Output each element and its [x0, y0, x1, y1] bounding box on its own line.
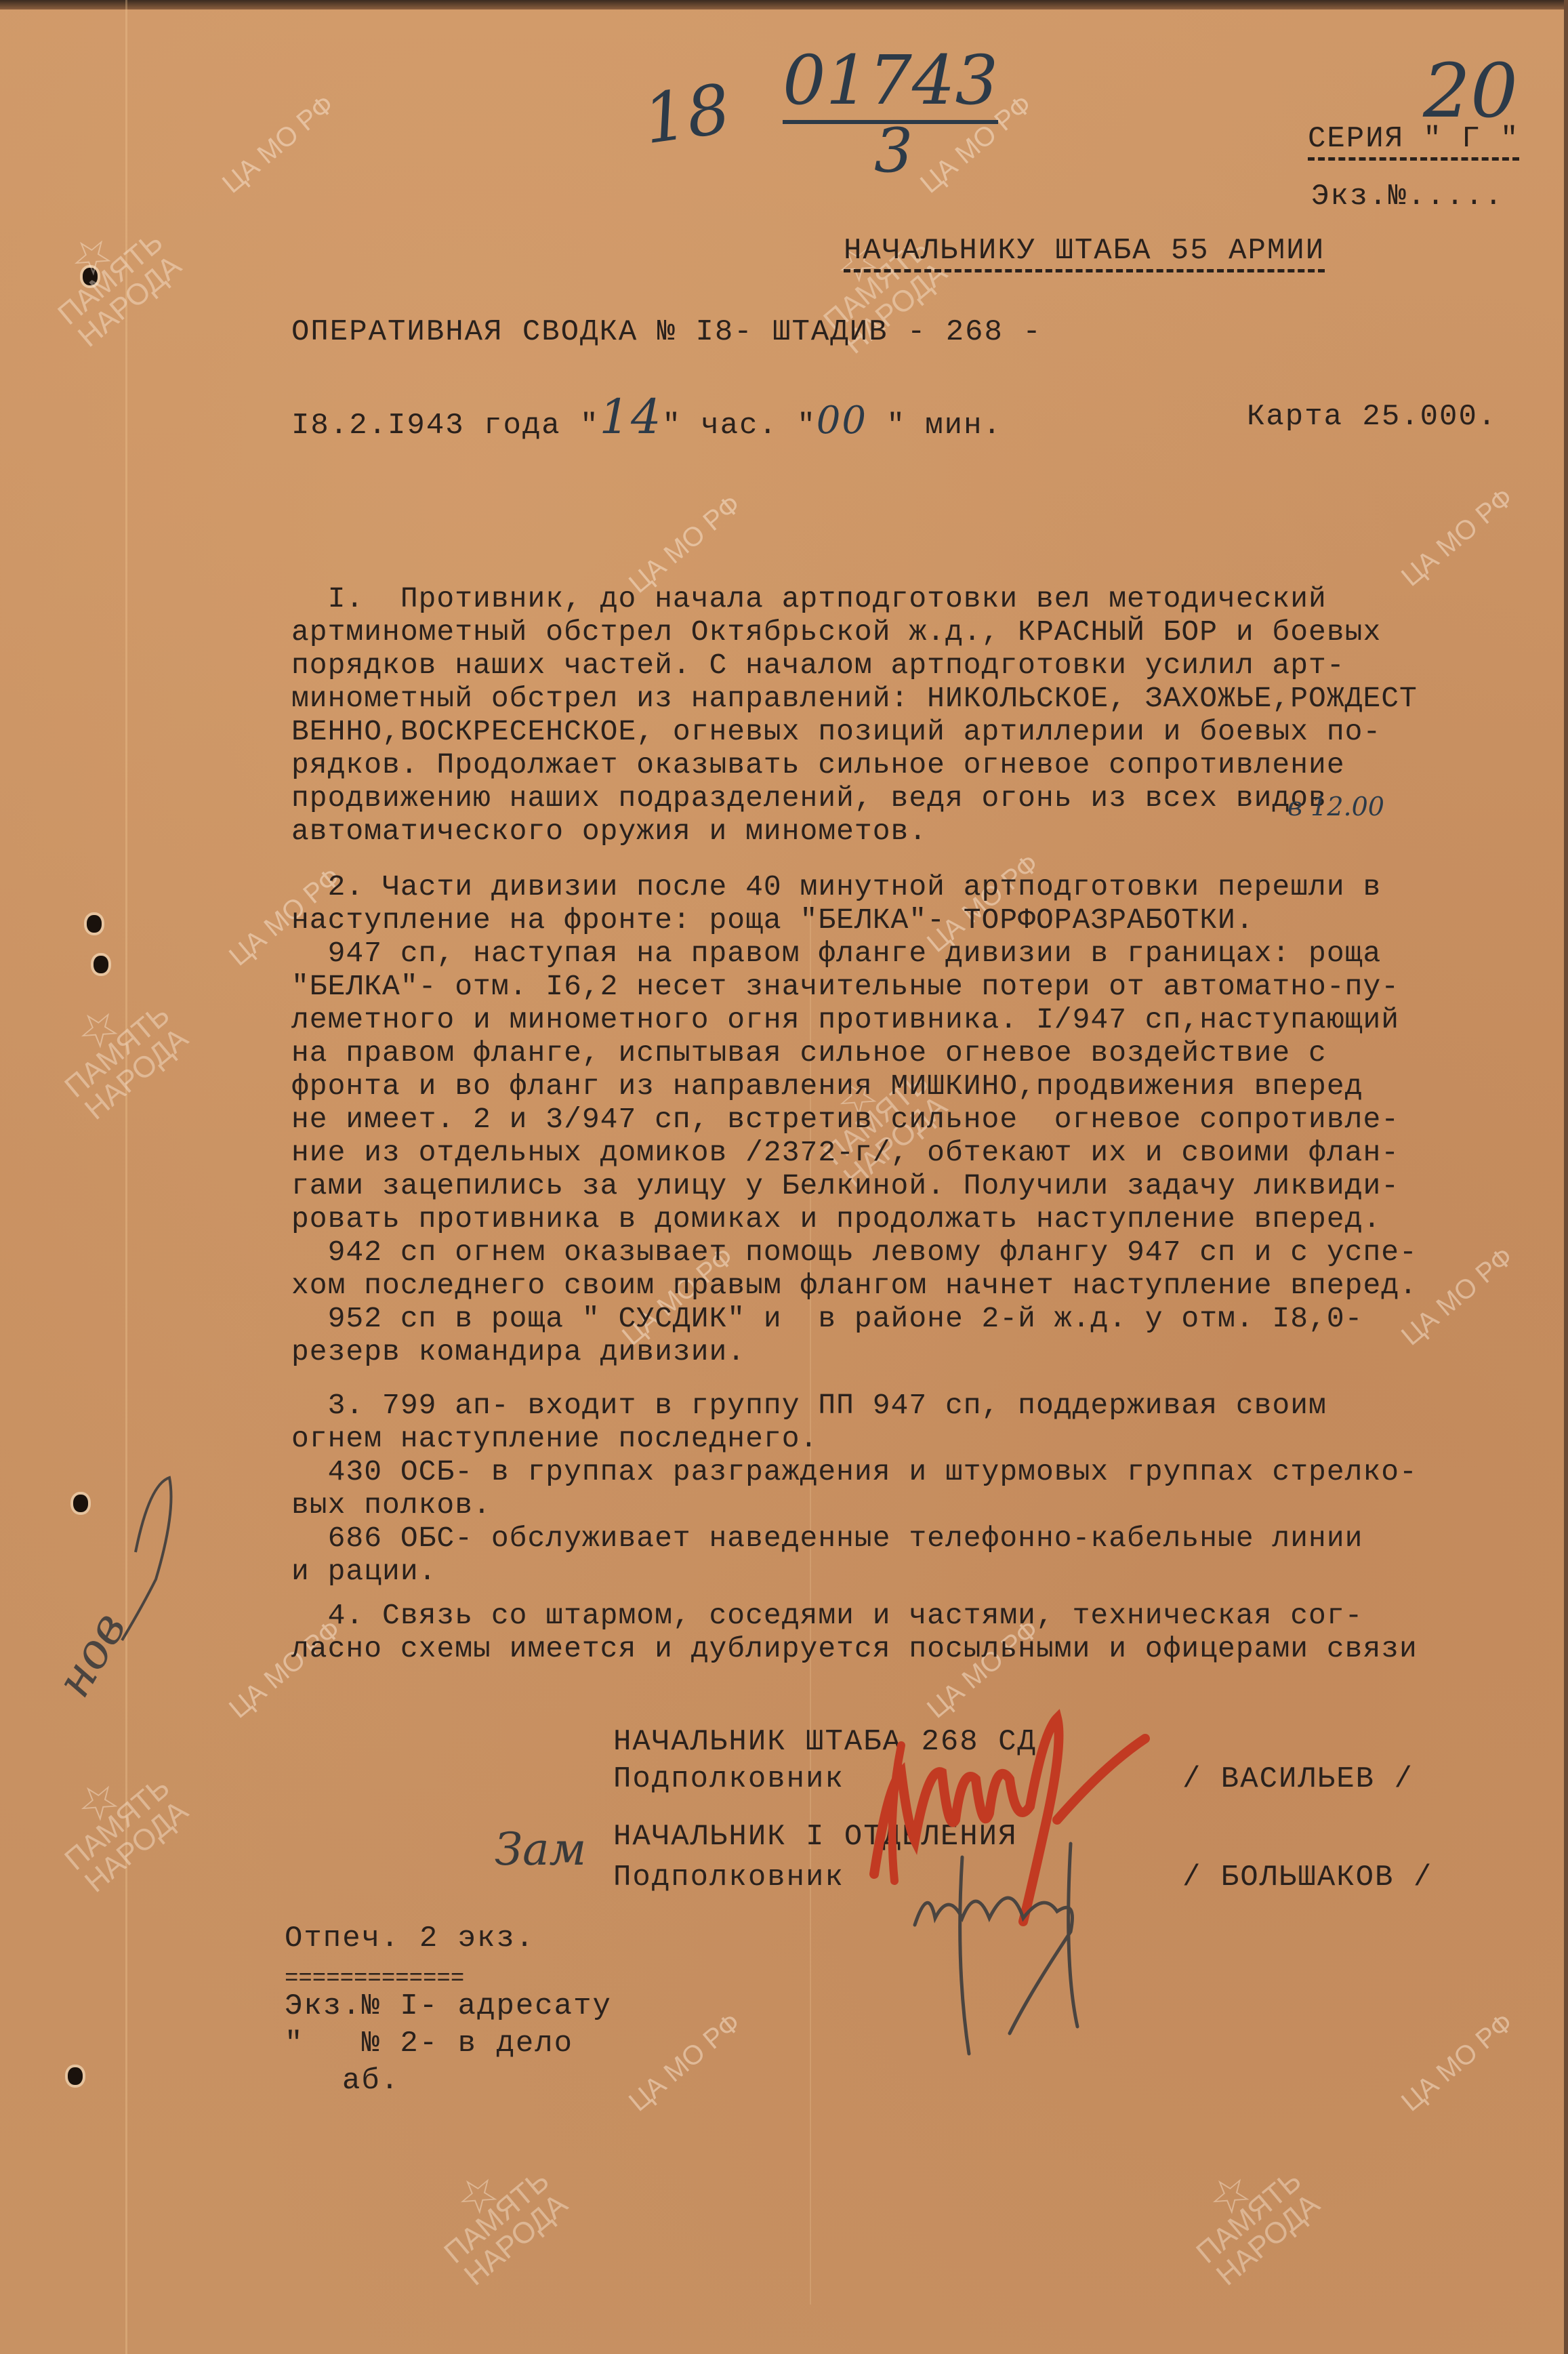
punch-hole	[73, 1495, 88, 1512]
punch-hole	[68, 2067, 83, 2085]
watermark-archive: ЦА МО РФ	[623, 2008, 747, 2118]
paragraph-2: 2. Части дивизии после 40 минутной артпо…	[291, 837, 1418, 1402]
copy-1-recipient: Экз.№ I- адресату	[285, 1989, 612, 2023]
document-title: ОПЕРАТИВНАЯ СВОДКА № I8- ШТАДИВ - 268 -	[291, 315, 1042, 349]
printed-copies: Отпеч. 2 экз.	[285, 1922, 535, 1955]
archive-number-top: 01743	[783, 41, 998, 124]
margin-note-time: в 12.00	[1287, 792, 1384, 821]
punch-hole	[94, 956, 108, 973]
archive-number-bottom: 3	[874, 115, 913, 186]
signatory-2-name: / БОЛЬШАКОВ /	[1182, 1861, 1432, 1894]
paper-fold	[125, 0, 127, 2354]
watermark-project: ☆ПАМЯТЬНАРОДА	[1172, 2143, 1326, 2292]
scan-top-edge	[0, 0, 1568, 9]
scan-right-edge	[1564, 0, 1568, 2354]
hour-handwritten: 14	[599, 389, 662, 445]
copy-2-recipient: " № 2- в дело	[285, 2027, 573, 2061]
watermark-archive: ЦА МО РФ	[1396, 2008, 1519, 2118]
watermark-archive: ЦА МО РФ	[217, 89, 340, 200]
watermark-project: ☆ПАМЯТЬНАРОДА	[34, 204, 188, 353]
paragraph-4: 4. Связь со штармом, соседями и частями,…	[291, 1566, 1418, 1699]
deputy-prefix: Зам	[495, 1823, 586, 1875]
typist-initials: аб.	[342, 2064, 400, 2098]
watermark-project: ☆ПАМЯТЬНАРОДА	[420, 2143, 574, 2292]
minute-handwritten: 00	[817, 399, 867, 443]
map-scale: Карта 25.000.	[1247, 400, 1497, 434]
addressee: НАЧАЛЬНИКУ ШТАБА 55 АРМИИ	[844, 234, 1325, 268]
signatory-2-rank: Подполковник	[613, 1861, 844, 1894]
copy-number: Экз.№.....	[1311, 180, 1504, 214]
archive-number-left: 18	[638, 69, 735, 160]
signatory-1-name: / ВАСИЛЬЕВ /	[1182, 1762, 1414, 1796]
punch-hole	[87, 915, 102, 933]
watermark-project: ☆ПАМЯТЬНАРОДА	[41, 1749, 194, 1899]
page-number: 20	[1423, 47, 1518, 134]
series-label: СЕРИЯ " Г "	[1308, 122, 1519, 156]
signatory-1-rank: Подполковник	[613, 1762, 844, 1796]
gray-signature	[894, 1830, 1152, 2074]
watermark-project: ☆ПАМЯТЬНАРОДА	[41, 977, 194, 1126]
dateline: I8.2.I943 года "14" час. "00 " мин.	[291, 400, 1002, 443]
paragraph-1: I. Противник, до начала артподготовки ве…	[291, 549, 1418, 881]
pencil-stroke	[95, 1471, 190, 1647]
